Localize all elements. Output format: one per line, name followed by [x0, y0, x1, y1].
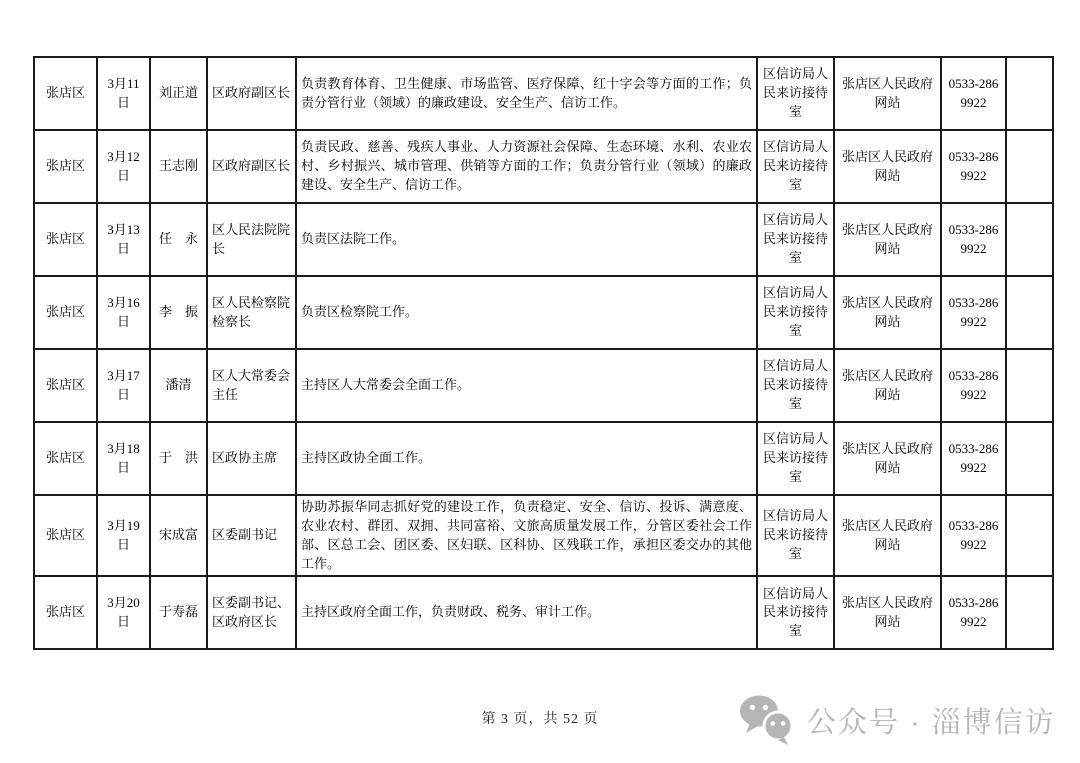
table-row: 张店区 3月19日 宋成富 区委副书记 协助苏振华同志抓好党的建设工作，负责稳定…	[34, 495, 1053, 576]
watermark-label: 公众号 · 淄博信访	[807, 700, 1056, 741]
cell-website: 张店区人民政府网站	[834, 57, 941, 130]
table-row: 张店区 3月20日 于寿磊 区委副书记、区政府区长 主持区政府全面工作，负责财政…	[34, 576, 1053, 649]
wechat-icon	[738, 694, 794, 746]
table-row: 张店区 3月17日 潘清 区人大常委会主任 主持区人大常委会全面工作。 区信访局…	[34, 349, 1053, 422]
cell-district: 张店区	[34, 495, 97, 576]
cell-duties: 主持区政协全面工作。	[296, 422, 757, 495]
cell-phone: 0533-2869922	[941, 203, 1006, 276]
cell-district: 张店区	[34, 203, 97, 276]
cell-district: 张店区	[34, 576, 97, 649]
cell-district: 张店区	[34, 349, 97, 422]
cell-name: 李 振	[150, 276, 207, 349]
cell-reception: 区信访局人民来访接待室	[757, 130, 834, 203]
cell-website: 张店区人民政府网站	[834, 276, 941, 349]
table-row: 张店区 3月12日 王志刚 区政府副区长 负责民政、慈善、残疾人事业、人力资源社…	[34, 130, 1053, 203]
cell-title: 区人民检察院检察长	[207, 276, 296, 349]
cell-name: 王志刚	[150, 130, 207, 203]
cell-extra	[1006, 130, 1053, 203]
cell-duties: 负责区法院工作。	[296, 203, 757, 276]
cell-duties: 主持区人大常委会全面工作。	[296, 349, 757, 422]
cell-reception: 区信访局人民来访接待室	[757, 495, 834, 576]
cell-title: 区政协主席	[207, 422, 296, 495]
cell-name: 于 洪	[150, 422, 207, 495]
cell-duties: 负责区检察院工作。	[296, 276, 757, 349]
cell-date: 3月19日	[97, 495, 150, 576]
cell-phone: 0533-2869922	[941, 422, 1006, 495]
table-row: 张店区 3月13日 任 永 区人民法院院长 负责区法院工作。 区信访局人民来访接…	[34, 203, 1053, 276]
cell-extra	[1006, 276, 1053, 349]
cell-extra	[1006, 203, 1053, 276]
reception-schedule-table: 张店区 3月11日 刘正道 区政府副区长 负责教育体育、卫生健康、市场监管、医疗…	[33, 56, 1054, 650]
cell-reception: 区信访局人民来访接待室	[757, 203, 834, 276]
cell-website: 张店区人民政府网站	[834, 422, 941, 495]
cell-name: 刘正道	[150, 57, 207, 130]
cell-date: 3月16日	[97, 276, 150, 349]
cell-title: 区委副书记	[207, 495, 296, 576]
cell-phone: 0533-2869922	[941, 57, 1006, 130]
cell-district: 张店区	[34, 422, 97, 495]
cell-website: 张店区人民政府网站	[834, 495, 941, 576]
cell-reception: 区信访局人民来访接待室	[757, 349, 834, 422]
cell-reception: 区信访局人民来访接待室	[757, 422, 834, 495]
watermark: 公众号 · 淄博信访	[738, 690, 1056, 750]
cell-title: 区政府副区长	[207, 57, 296, 130]
cell-duties: 负责民政、慈善、残疾人事业、人力资源社会保障、生态环境、水利、农业农村、乡村振兴…	[296, 130, 757, 203]
cell-district: 张店区	[34, 130, 97, 203]
table-row: 张店区 3月11日 刘正道 区政府副区长 负责教育体育、卫生健康、市场监管、医疗…	[34, 57, 1053, 130]
cell-date: 3月12日	[97, 130, 150, 203]
cell-date: 3月17日	[97, 349, 150, 422]
cell-website: 张店区人民政府网站	[834, 203, 941, 276]
cell-extra	[1006, 422, 1053, 495]
cell-reception: 区信访局人民来访接待室	[757, 576, 834, 649]
cell-title: 区委副书记、区政府区长	[207, 576, 296, 649]
cell-website: 张店区人民政府网站	[834, 130, 941, 203]
cell-date: 3月20日	[97, 576, 150, 649]
cell-title: 区人民法院院长	[207, 203, 296, 276]
cell-extra	[1006, 349, 1053, 422]
cell-name: 潘清	[150, 349, 207, 422]
cell-reception: 区信访局人民来访接待室	[757, 57, 834, 130]
cell-website: 张店区人民政府网站	[834, 349, 941, 422]
table-row: 张店区 3月18日 于 洪 区政协主席 主持区政协全面工作。 区信访局人民来访接…	[34, 422, 1053, 495]
cell-phone: 0533-2869922	[941, 349, 1006, 422]
cell-duties: 协助苏振华同志抓好党的建设工作，负责稳定、安全、信访、投诉、满意度、农业农村、群…	[296, 495, 757, 576]
table-row: 张店区 3月16日 李 振 区人民检察院检察长 负责区检察院工作。 区信访局人民…	[34, 276, 1053, 349]
cell-duties: 主持区政府全面工作，负责财政、税务、审计工作。	[296, 576, 757, 649]
cell-date: 3月18日	[97, 422, 150, 495]
cell-title: 区人大常委会主任	[207, 349, 296, 422]
cell-extra	[1006, 495, 1053, 576]
cell-extra	[1006, 576, 1053, 649]
reception-schedule-body: 张店区 3月11日 刘正道 区政府副区长 负责教育体育、卫生健康、市场监管、医疗…	[34, 57, 1053, 649]
cell-name: 于寿磊	[150, 576, 207, 649]
cell-phone: 0533-2869922	[941, 276, 1006, 349]
cell-phone: 0533-2869922	[941, 495, 1006, 576]
cell-phone: 0533-2869922	[941, 576, 1006, 649]
document-page: 张店区 3月11日 刘正道 区政府副区长 负责教育体育、卫生健康、市场监管、医疗…	[0, 0, 1080, 763]
cell-date: 3月11日	[97, 57, 150, 130]
cell-district: 张店区	[34, 57, 97, 130]
cell-website: 张店区人民政府网站	[834, 576, 941, 649]
cell-name: 任 永	[150, 203, 207, 276]
cell-reception: 区信访局人民来访接待室	[757, 276, 834, 349]
cell-name: 宋成富	[150, 495, 207, 576]
cell-title: 区政府副区长	[207, 130, 296, 203]
cell-district: 张店区	[34, 276, 97, 349]
cell-duties: 负责教育体育、卫生健康、市场监管、医疗保障、红十字会等方面的工作；负责分管行业（…	[296, 57, 757, 130]
cell-phone: 0533-2869922	[941, 130, 1006, 203]
cell-extra	[1006, 57, 1053, 130]
cell-date: 3月13日	[97, 203, 150, 276]
